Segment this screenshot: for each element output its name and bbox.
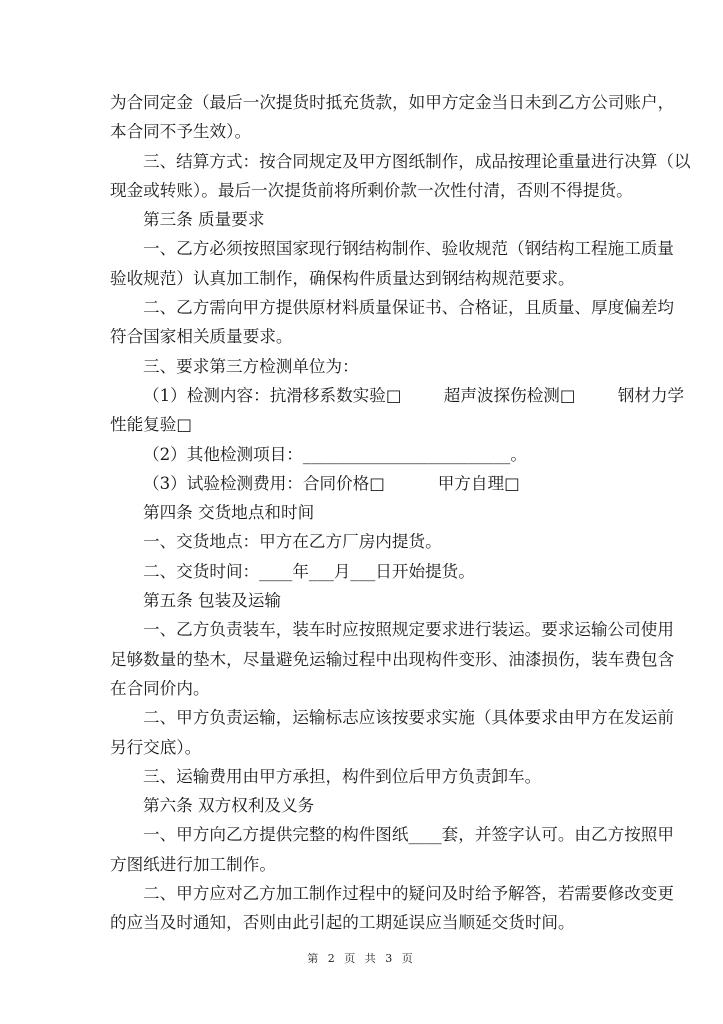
text-line: 一、乙方必须按照国家现行钢结构制作、验收规范（钢结构工程施工质量 xyxy=(110,234,620,263)
section-heading-article-4: 第四条 交货地点和时间 xyxy=(110,498,620,527)
text-line: 三、要求第三方检测单位为： xyxy=(110,352,620,381)
text-line: 性能复验□ xyxy=(110,410,620,439)
document-body: 为合同定金（最后一次提货时抵充货款，如甲方定金当日未到乙方公司账户， 本合同不予… xyxy=(110,88,620,938)
text-line: 的应当及时通知，否则由此引起的工期延误应当顺延交货时间。 xyxy=(110,908,620,937)
text-line: 二、甲方应对乙方加工制作过程中的疑问及时给予解答，若需要修改变更 xyxy=(110,879,620,908)
text-line-date-blank: 二、交货时间：____年___月___日开始提货。 xyxy=(110,557,620,586)
page-number-footer: 第 2 页 共 3 页 xyxy=(0,950,723,966)
text-line: 三、运输费用由甲方承担，构件到位后甲方负责卸车。 xyxy=(110,762,620,791)
text-line: 二、乙方需向甲方提供原材料质量保证书、合格证，且质量、厚度偏差均 xyxy=(110,293,620,322)
text-line: 在合同价内。 xyxy=(110,674,620,703)
text-line: 一、甲方向乙方提供完整的构件图纸____套，并签字认可。由乙方按照甲 xyxy=(110,820,620,849)
text-line: 二、甲方负责运输，运输标志应该按要求实施（具体要求由甲方在发运前 xyxy=(110,703,620,732)
text-line: 本合同不予生效）。 xyxy=(110,117,620,146)
text-line-blank-field: （2）其他检测项目：_________________________。 xyxy=(110,440,620,469)
text-line: 另行交底）。 xyxy=(110,733,620,762)
text-line: 符合国家相关质量要求。 xyxy=(110,322,620,351)
text-line: 方图纸进行加工制作。 xyxy=(110,850,620,879)
section-heading-article-6: 第六条 双方权利及义务 xyxy=(110,791,620,820)
text-line: 一、交货地点：甲方在乙方厂房内提货。 xyxy=(110,527,620,556)
text-line: 三、结算方式：按合同规定及甲方图纸制作，成品按理论重量进行决算（以 xyxy=(110,147,620,176)
text-line: 验收规范）认真加工制作，确保构件质量达到钢结构规范要求。 xyxy=(110,264,620,293)
text-line-checkbox-options: （1）检测内容：抗滑移系数实验□ 超声波探伤检测□ 钢材力学 xyxy=(110,381,620,410)
text-line: 现金或转账）。最后一次提货前将所剩价款一次性付清，否则不得提货。 xyxy=(110,176,620,205)
text-line: 为合同定金（最后一次提货时抵充货款，如甲方定金当日未到乙方公司账户， xyxy=(110,88,620,117)
text-line-checkbox-options: （3）试验检测费用：合同价格□ 甲方自理□ xyxy=(110,469,620,498)
section-heading-article-3: 第三条 质量要求 xyxy=(110,205,620,234)
text-line: 一、乙方负责装车，装车时应按照规定要求进行装运。要求运输公司使用 xyxy=(110,615,620,644)
text-line: 足够数量的垫木，尽量避免运输过程中出现构件变形、油漆损伤，装车费包含 xyxy=(110,645,620,674)
document-page: 为合同定金（最后一次提货时抵充货款，如甲方定金当日未到乙方公司账户， 本合同不予… xyxy=(0,0,723,1024)
section-heading-article-5: 第五条 包装及运输 xyxy=(110,586,620,615)
